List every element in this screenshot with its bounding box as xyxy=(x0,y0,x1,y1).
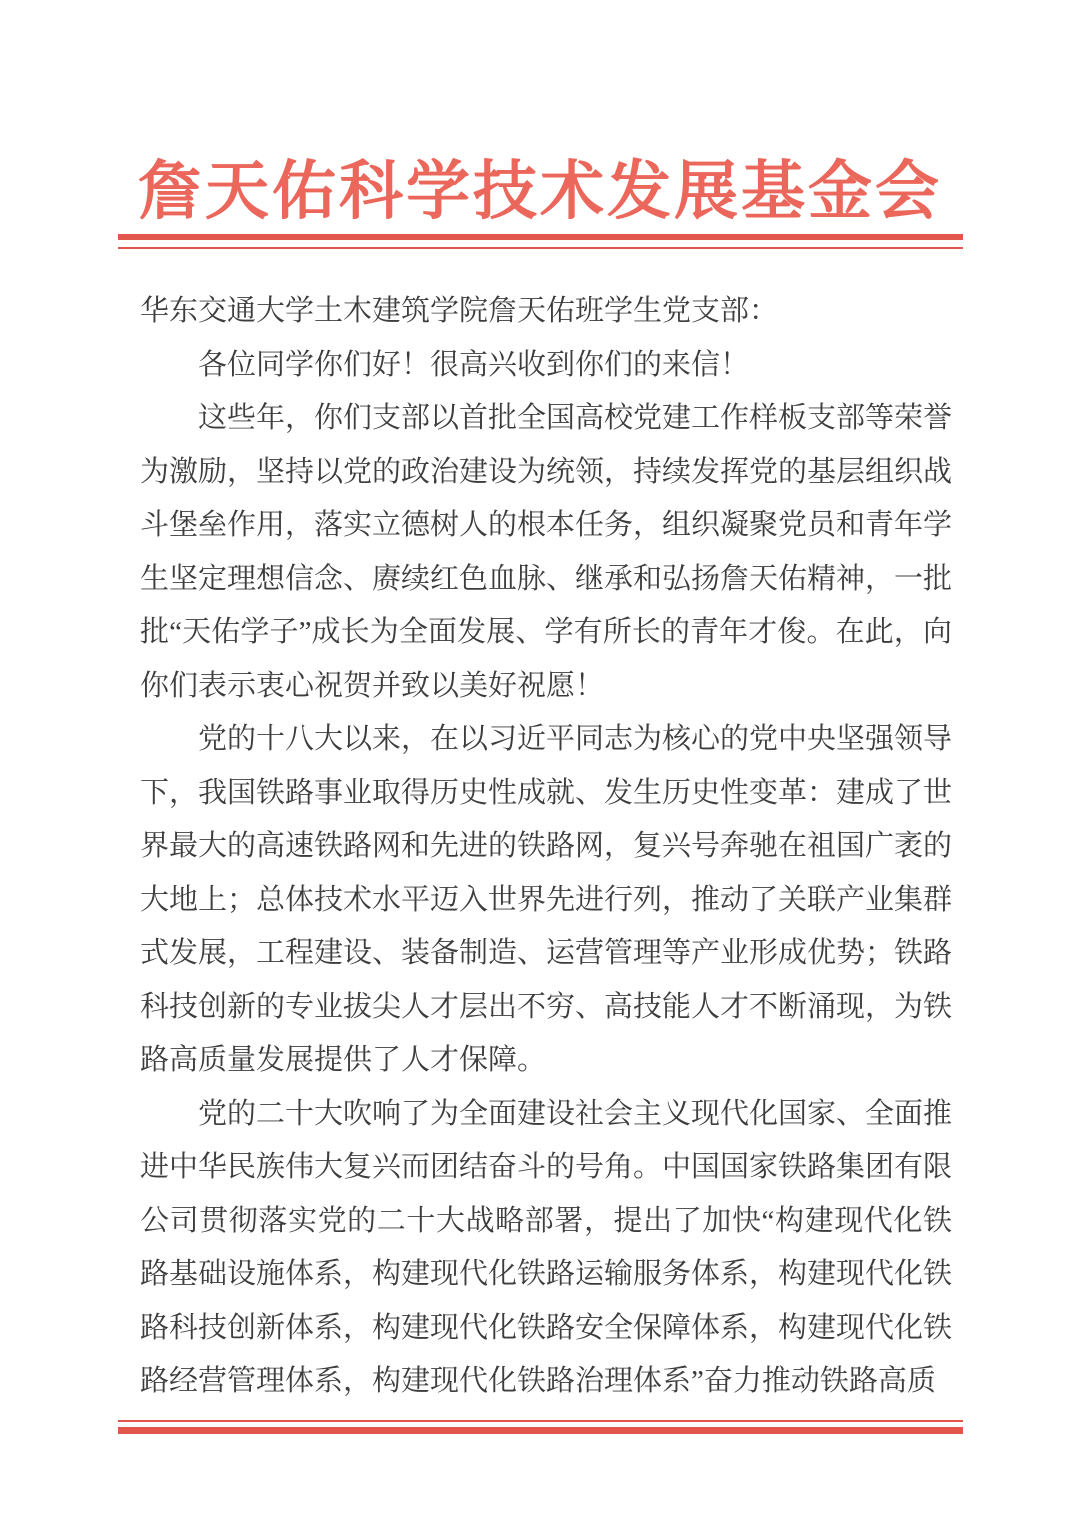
scanned-letter-page: 詹天佑科学技术发展基金会 华东交通大学土木建筑学院詹天佑班学生党支部： 各位同学… xyxy=(0,0,1080,1528)
header-rule-thick xyxy=(118,234,963,240)
letter-paragraph-greeting: 各位同学你们好！很高兴收到你们的来信！ xyxy=(140,339,952,393)
letterhead: 詹天佑科学技术发展基金会 xyxy=(0,0,1080,224)
footer-rule-thin xyxy=(118,1420,963,1422)
letter-body: 华东交通大学土木建筑学院詹天佑班学生党支部： 各位同学你们好！很高兴收到你们的来… xyxy=(140,285,952,1409)
letter-paragraph-20th-congress: 党的二十大吹响了为全面建设社会主义现代化国家、全面推进中华民族伟大复兴而团结奋斗… xyxy=(140,1088,952,1409)
footer-rule-thick xyxy=(118,1427,963,1434)
header-rule-thin xyxy=(118,247,963,249)
letter-paragraph-congratulations: 这些年，你们支部以首批全国高校党建工作样板支部等荣誉为激励，坚持以党的政治建设为… xyxy=(140,392,952,713)
footer-rules xyxy=(118,1420,963,1434)
letter-paragraph-railway-achievements: 党的十八大以来，在以习近平同志为核心的党中央坚强领导下，我国铁路事业取得历史性成… xyxy=(140,713,952,1088)
letter-salutation: 华东交通大学土木建筑学院詹天佑班学生党支部： xyxy=(140,285,952,339)
letterhead-title: 詹天佑科学技术发展基金会 xyxy=(0,160,1080,224)
